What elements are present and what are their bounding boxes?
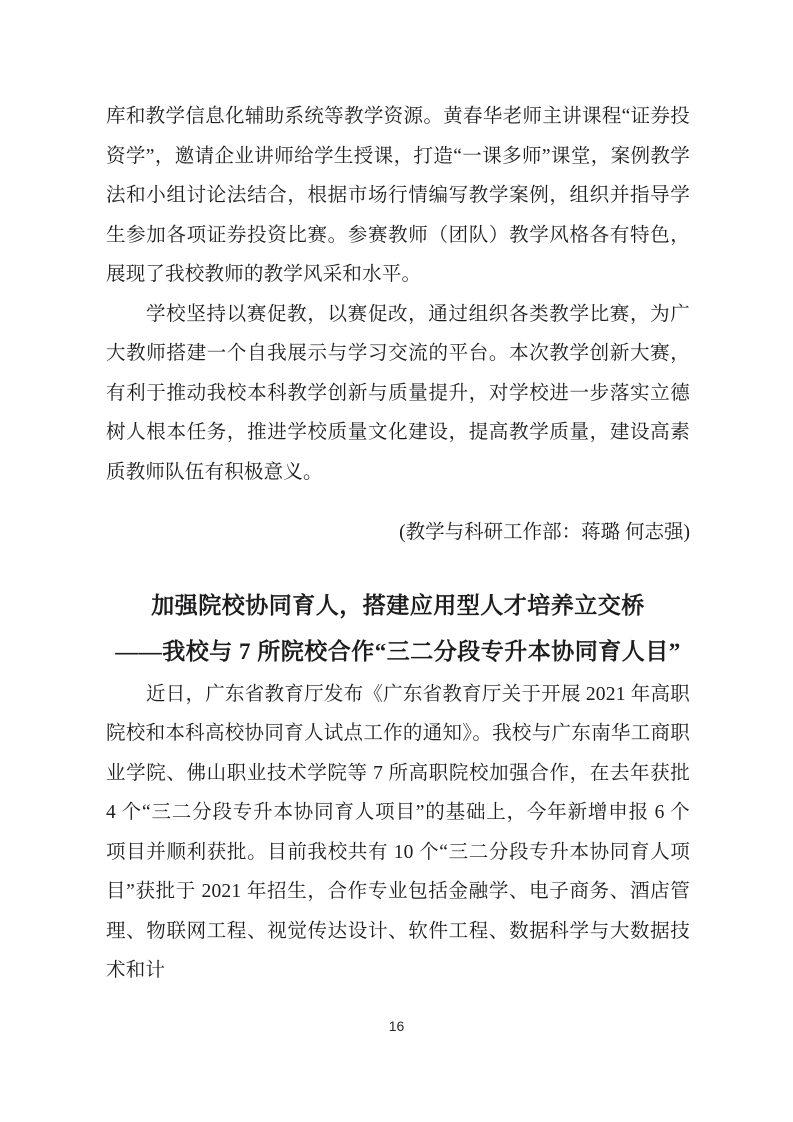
next-article-paragraph-1: 近日，广东省教育厅发布《广东省教育厅关于开展 2021 年高职院校和本科高校协同… <box>106 675 690 991</box>
prev-article-byline: (教学与科研工作部：蒋璐 何志强) <box>106 513 690 553</box>
text-column: 库和教学信息化辅助系统等教学资源。黄春华老师主讲课程“证券投资学”，邀请企业讲师… <box>106 97 690 991</box>
page-number: 16 <box>0 1018 793 1034</box>
next-article-title-line-1: 加强院校协同育人，搭建应用型人才培养立交桥 <box>106 583 690 629</box>
next-article-title-line-2: ——我校与 7 所院校合作“三二分段专升本协同育人目” <box>106 629 690 675</box>
prev-article-paragraph-2: 学校坚持以赛促教，以赛促改，通过组织各类教学比赛，为广大教师搭建一个自我展示与学… <box>106 295 690 493</box>
prev-article-paragraph-1: 库和教学信息化辅助系统等教学资源。黄春华老师主讲课程“证券投资学”，邀请企业讲师… <box>106 97 690 295</box>
document-page: 库和教学信息化辅助系统等教学资源。黄春华老师主讲课程“证券投资学”，邀请企业讲师… <box>0 0 793 1122</box>
